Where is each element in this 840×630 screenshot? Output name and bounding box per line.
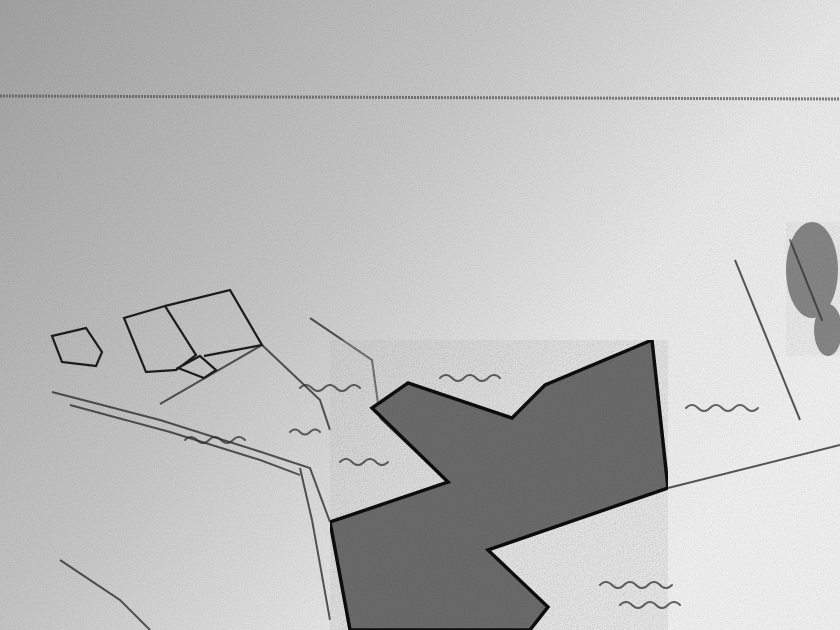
cadastral-map xyxy=(0,0,840,630)
map-canvas xyxy=(0,0,840,630)
